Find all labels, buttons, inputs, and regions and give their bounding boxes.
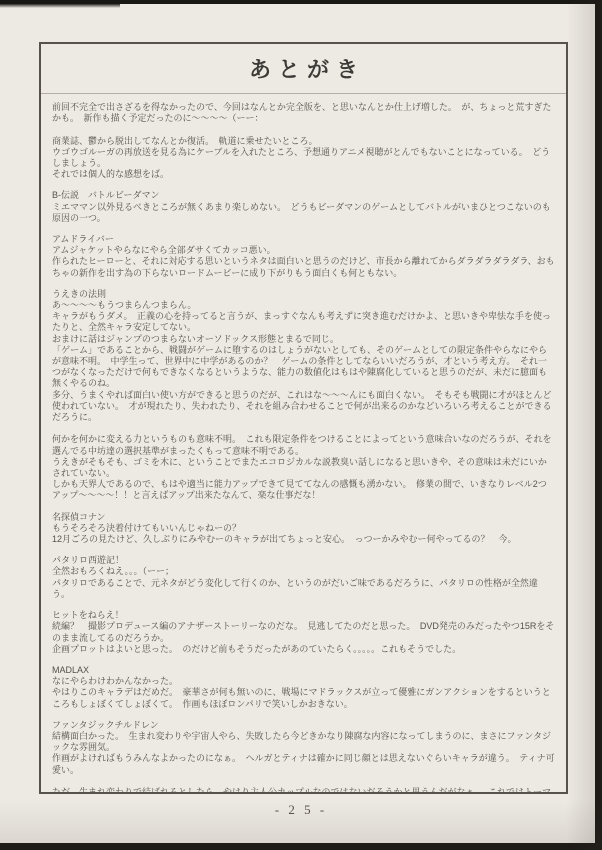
section-paragraph: おまけに話はジャンプのつまらないオーソドックス形態とまるで同じ。 xyxy=(52,334,555,345)
section-heading: MADLAX xyxy=(52,665,555,676)
intro-line: 前回不完全で出さざるを得なかったので、今回はなんとか完全版を、と思いなんとか仕上… xyxy=(52,102,555,124)
section-paragraph: ミエママン以外見るべきところが無くあまり楽しめない。 どうもビーダマンのゲームと… xyxy=(52,202,555,224)
page-number: - 2 5 - xyxy=(275,802,327,817)
section-heading: うえきの法則 xyxy=(52,289,555,300)
section-paragraph: パタリロであることで、元ネタがどう変化して行くのか、というのがだいご味であるだろ… xyxy=(52,578,555,600)
scan-edge-right xyxy=(595,0,602,850)
afterword-body: 前回不完全で出さざるを得なかったので、今回はなんとか完全版を、と思いなんとか仕上… xyxy=(41,94,566,794)
section-paragraph: アムジャケットやらなにやら全部ダサくてカッコ悪い。 xyxy=(52,245,555,256)
section-paragraph: 企画プロットはよいと思った。 のだけど前もそうだったがあのていたらく。。。。。こ… xyxy=(52,644,555,655)
page-title: あとがき xyxy=(242,53,365,84)
blank-line xyxy=(52,124,555,135)
section-paragraph: なにやらわけわかんなかった。 xyxy=(52,676,555,687)
section-paragraph: 結構面白かった。 生まれ変わりや宇宙人やら、失敗したら今どきかなり陳腐な内容にな… xyxy=(52,731,555,753)
review-section: ヒットをねらえ！続編？ 撮影プロデュース編のアナザーストーリーなのだな。 見逃し… xyxy=(52,610,555,655)
section-heading: B-伝説 バトルビーダマン xyxy=(52,190,555,201)
content-frame: あとがき 前回不完全で出さざるを得なかったので、今回はなんとか完全版を、と思いな… xyxy=(39,42,568,794)
scan-edge-top-left xyxy=(0,0,120,8)
review-section: うえきの法則あ～～～～もうつまらんつまらん。キャラがもうダメ。 正義の心を持って… xyxy=(52,289,555,502)
section-paragraph: 多分、うまくやれば面白い使い方ができると思うのだが、これはな～～～んにも面白くな… xyxy=(52,390,555,424)
sections-container: B-伝説 バトルビーダマンミエママン以外見るべきところが無くあまり楽しめない。 … xyxy=(52,190,555,794)
section-heading: ヒットをねらえ！ xyxy=(52,610,555,621)
section-paragraph: 全然おもろくねえ。。。（ーー； xyxy=(52,566,555,577)
scan-edge-bottom xyxy=(0,843,602,850)
review-section: アムドライバーアムジャケットやらなにやら全部ダサくてカッコ悪い。作られたヒーロー… xyxy=(52,234,555,279)
section-paragraph: しかも天界人であるので、もはや適当に能力アップできて見ててなんの感慨も湧かない。… xyxy=(52,479,555,501)
review-section: 名探偵コナンもうそろそろ決着付けてもいいんじゃねーの？12月ごろの見たけど、久し… xyxy=(52,512,555,546)
section-paragraph: 作画がよければもうみんなよかったのになぁ。 ヘルガとティナは確かに同じ顔とは思え… xyxy=(52,753,555,775)
intro-line: ウゴウゴルーガの再放送を見る為にケーブルを入れたところ、予想通りアニメ視聴がとん… xyxy=(52,147,555,169)
review-section: MADLAXなにやらわけわかんなかった。やはりこのキャラデはだめだ。 豪華さが何… xyxy=(52,665,555,710)
section-paragraph: あ～～～～もうつまらんつまらん。 xyxy=(52,300,555,311)
section-paragraph: 続編？ 撮影プロデュース編のアナザーストーリーなのだな。 見逃してたのだと思った… xyxy=(52,621,555,643)
section-paragraph: 12月ごろの見たけど、久しぶりにみやむーのキャラが出てちょっと安心。 っつーかみ… xyxy=(52,534,555,545)
section-heading: アムドライバー xyxy=(52,234,555,245)
page-footer: - 2 5 - xyxy=(0,802,602,818)
section-heading: パタリロ西遊記！ xyxy=(52,555,555,566)
scanned-page: あとがき 前回不完全で出さざるを得なかったので、今回はなんとか完全版を、と思いな… xyxy=(0,0,602,850)
section-paragraph: ただ、生まれ変わりで結ばれるとしたら、やはり主人公カップルなのではないだろうかと… xyxy=(52,787,555,794)
section-paragraph: やはりこのキャラデはだめだ。 豪華さが何も無いのに、戦場にマドラックスが立って優… xyxy=(52,687,555,709)
section-paragraph: 作られたヒーローと、それに対応する思いというネタは面白いと思うのだけど、市長から… xyxy=(52,256,555,278)
blank-line xyxy=(52,423,555,434)
section-paragraph: キャラがもうダメ。 正義の心を持ってると言うが、まっすぐなんも考えずに突き進むだ… xyxy=(52,311,555,333)
intro-line: それでは個人的な感想をば。 xyxy=(52,169,555,180)
review-section: パタリロ西遊記！全然おもろくねえ。。。（ーー；パタリロであることで、元ネタがどう… xyxy=(52,555,555,600)
blank-line xyxy=(52,776,555,787)
section-paragraph: 「ゲーム」であることから、戦闘がゲームに堕するのはしょうがないとしても、そのゲー… xyxy=(52,345,555,390)
section-paragraph: 何かを何かに変える力というものも意味不明。 これも限定条件をつけることによってと… xyxy=(52,434,555,456)
section-paragraph: もうそろそろ決着付けてもいいんじゃねーの？ xyxy=(52,523,555,534)
section-paragraph: うえきがそもそも、ゴミを木に、ということでまたエコロジカルな説教臭い話しになると… xyxy=(52,457,555,479)
section-heading: 名探偵コナン xyxy=(52,512,555,523)
review-section: ファンタジックチルドレン結構面白かった。 生まれ変わりや宇宙人やら、失敗したら今… xyxy=(52,720,555,794)
title-area: あとがき xyxy=(41,44,566,94)
intro-line: 商業誌、鬱から脱出してなんとか復活。 軌道に乗せたいところ。 xyxy=(52,136,555,147)
review-section: B-伝説 バトルビーダマンミエママン以外見るべきところが無くあまり楽しめない。 … xyxy=(52,190,555,224)
intro-block: 前回不完全で出さざるを得なかったので、今回はなんとか完全版を、と思いなんとか仕上… xyxy=(52,102,555,180)
section-heading: ファンタジックチルドレン xyxy=(52,720,555,731)
